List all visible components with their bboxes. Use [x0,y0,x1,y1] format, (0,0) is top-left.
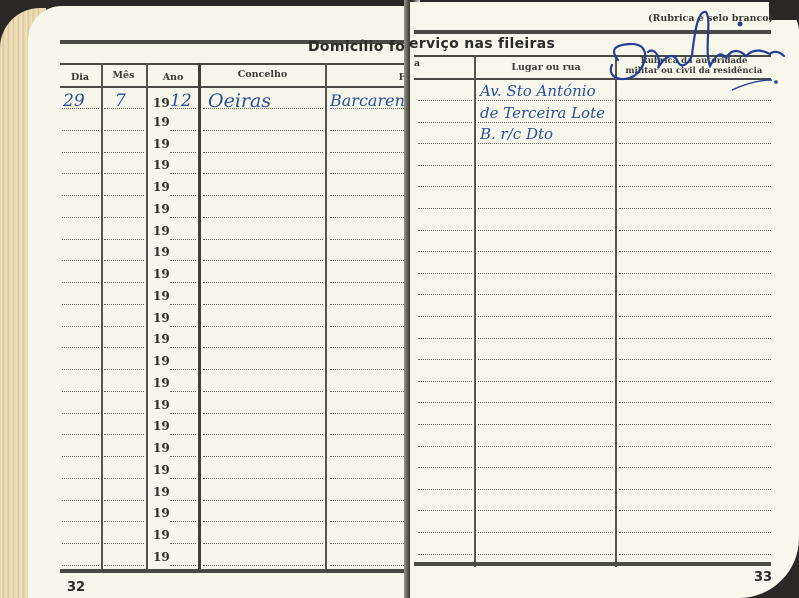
row-rule [418,122,472,123]
row-rule [104,478,144,479]
left-page-number: 32 [67,580,85,595]
entry-dia: 29 [63,91,85,111]
row-rule [478,554,613,555]
left-header-top-rule [60,63,412,65]
row-rule [203,347,323,348]
row-rule [62,391,99,392]
row-rule [104,434,144,435]
row-rule [62,413,99,414]
row-rule [62,500,99,501]
row-rule [170,217,196,218]
row-rule [478,381,613,382]
row-rule [418,294,472,295]
entry-ano-suffix: 12 [170,91,192,111]
right-page-number: 33 [754,570,772,585]
year-prefix: 19 [153,354,170,368]
row-rule [619,510,771,511]
year-prefix: 19 [153,376,170,390]
year-prefix: 19 [153,115,170,129]
row-rule [619,338,771,339]
year-prefix: 19 [153,332,170,346]
row-rule [619,359,771,360]
row-rule [330,478,408,479]
row-rule [203,543,323,544]
row-rule [619,251,771,252]
row-rule [330,500,408,501]
row-rule [619,381,771,382]
row-rule [330,434,408,435]
row-rule [170,130,196,131]
row-rule [478,294,613,295]
row-rule [170,326,196,327]
col-divider-ano-concelho [198,63,201,570]
row-rule [478,208,613,209]
row-rule [62,173,99,174]
row-rule [418,424,472,425]
row-rule [104,543,144,544]
col-divider-concelho-freguesia [325,63,327,570]
year-prefix: 19 [153,158,170,172]
row-rule [619,122,771,123]
row-rule [170,195,196,196]
header-lugar-ou-rua: Lugar ou rua [476,62,616,73]
row-rule [62,239,99,240]
row-rule [104,195,144,196]
row-rule [418,143,472,144]
row-rule [62,369,99,370]
row-rule [418,338,472,339]
row-rule [619,165,771,166]
row-rule [619,294,771,295]
col-divider-freguesia-lugar [474,55,476,567]
header-freguesia-tail: a [412,58,422,69]
row-rule [203,478,323,479]
row-rule [330,130,408,131]
row-rule [170,521,196,522]
row-rule [170,543,196,544]
row-rule [418,402,472,403]
year-prefix: 19 [153,137,170,151]
row-rule [478,467,613,468]
row-rule [619,273,771,274]
row-rule [170,347,196,348]
row-rule [170,565,196,566]
entry-lugar-line2: de Terceira Lote [480,104,605,122]
row-rule [418,489,472,490]
row-rule [478,359,613,360]
row-rule [418,359,472,360]
year-prefix: 19 [153,180,170,194]
row-rule [418,316,472,317]
year-prefix: 19 [153,419,170,433]
row-rule [203,260,323,261]
year-prefix: 19 [153,441,170,455]
year-prefix: 19 [153,528,170,542]
entry-freguesia: Barcarena [330,91,414,110]
row-rule [62,130,99,131]
row-rule [104,173,144,174]
row-rule [619,143,771,144]
row-rule [619,186,771,187]
row-rule [62,543,99,544]
entry-concelho: Oeiras [208,90,271,112]
row-rule [104,500,144,501]
row-rule [619,446,771,447]
row-rule [330,347,408,348]
row-rule [203,521,323,522]
row-rule [170,152,196,153]
row-rule [203,173,323,174]
row-rule [478,186,613,187]
col-divider-mes-ano [146,63,148,570]
entry-mes: 7 [115,91,126,111]
row-rule [619,316,771,317]
row-rule [619,554,771,555]
row-rule [478,338,613,339]
row-rule [478,316,613,317]
row-rule [104,369,144,370]
row-rule [203,217,323,218]
row-rule [330,456,408,457]
row-rule [62,152,99,153]
row-rule [170,173,196,174]
row-rule [203,304,323,305]
row-rule [330,543,408,544]
col-divider-lugar-rubrica [615,55,617,567]
row-rule [203,282,323,283]
row-rule [418,510,472,511]
row-rule [62,326,99,327]
row-rule [203,369,323,370]
left-bottom-rule [60,569,412,573]
row-rule [170,391,196,392]
year-prefix: 19 [153,506,170,520]
row-rule [203,434,323,435]
row-rule [62,282,99,283]
row-rule [330,565,408,566]
row-rule [203,391,323,392]
row-rule [104,239,144,240]
row-rule [104,130,144,131]
booklet-spread: Domicílio fora Dia Mês Ano Concelho F 19… [0,0,799,598]
year-prefix: 19 [153,202,170,216]
row-rule [104,217,144,218]
header-concelho: Concelho [200,69,325,80]
year-prefix: 19 [153,463,170,477]
header-dia: Dia [60,72,100,83]
row-rule [170,434,196,435]
row-rule [104,347,144,348]
row-rule [619,100,771,101]
row-rule [203,152,323,153]
row-rule [170,500,196,501]
row-rule [478,446,613,447]
row-rule [62,478,99,479]
row-rule [478,273,613,274]
row-rule [478,402,613,403]
row-rule [62,434,99,435]
row-rule [330,239,408,240]
row-rule [418,208,472,209]
row-rule [62,217,99,218]
row-rule [478,100,613,101]
year-prefix: 19 [153,398,170,412]
row-rule [478,165,613,166]
row-rule [418,251,472,252]
row-rule [330,282,408,283]
year-prefix: 19 [153,550,170,564]
row-rule [619,230,771,231]
row-rule [418,381,472,382]
row-rule [104,456,144,457]
row-rule [478,510,613,511]
row-rule [330,173,408,174]
row-rule [203,239,323,240]
year-prefix: 19 [153,224,170,238]
row-rule [170,239,196,240]
row-rule [104,521,144,522]
header-mes: Mês [101,70,146,81]
entry-lugar-line1: Av. Sto António [480,82,596,100]
row-rule [330,304,408,305]
row-rule [203,130,323,131]
row-rule [478,532,613,533]
row-rule [330,217,408,218]
header-ano: Ano [148,72,198,83]
row-rule [418,273,472,274]
entry-year-prefix: 19 [153,96,170,110]
row-rule [170,478,196,479]
right-section-title: erviço nas fileiras [409,36,555,52]
year-prefix: 19 [153,267,170,281]
row-rule [62,304,99,305]
row-rule [418,165,472,166]
row-rule [170,413,196,414]
row-rule [170,282,196,283]
row-rule [62,347,99,348]
row-rule [170,456,196,457]
entry-lugar-line3: B. r/c Dto [480,125,553,143]
row-rule [203,326,323,327]
row-rule [418,467,472,468]
row-rule [170,369,196,370]
row-rule [203,565,323,566]
row-rule [330,195,408,196]
right-bottom-rule [414,562,771,566]
row-rule [104,282,144,283]
row-rule [104,260,144,261]
row-rule [418,100,472,101]
row-rule [478,424,613,425]
row-rule [203,413,323,414]
year-prefix: 19 [153,245,170,259]
row-rule [62,565,99,566]
row-rule [203,500,323,501]
row-rule [62,521,99,522]
row-rule [330,391,408,392]
row-rule [62,456,99,457]
row-rule [104,326,144,327]
row-rule [330,521,408,522]
row-rule [418,554,472,555]
row-rule [330,369,408,370]
row-rule [62,260,99,261]
row-rule [104,413,144,414]
row-rule [478,230,613,231]
row-rule [418,230,472,231]
row-rule [330,326,408,327]
row-rule [478,489,613,490]
row-rule [203,456,323,457]
row-rule [619,532,771,533]
signature-icon [600,0,799,100]
row-rule [418,532,472,533]
row-rule [104,391,144,392]
row-rule [478,143,613,144]
row-rule [104,152,144,153]
row-rule [619,467,771,468]
row-rule [62,195,99,196]
row-rule [170,260,196,261]
row-rule [330,260,408,261]
row-rule [619,424,771,425]
row-rule [170,304,196,305]
row-rule [478,251,613,252]
row-rule [330,413,408,414]
row-rule [330,152,408,153]
row-rule [619,402,771,403]
row-rule [619,489,771,490]
row-rule [104,304,144,305]
year-prefix: 19 [153,311,170,325]
year-prefix: 19 [153,289,170,303]
row-rule [418,446,472,447]
year-prefix: 19 [153,485,170,499]
left-header-bottom-rule [60,86,412,88]
row-rule [619,208,771,209]
row-rule [418,186,472,187]
col-divider-dia-mes [101,63,103,570]
row-rule [203,195,323,196]
row-rule [104,565,144,566]
